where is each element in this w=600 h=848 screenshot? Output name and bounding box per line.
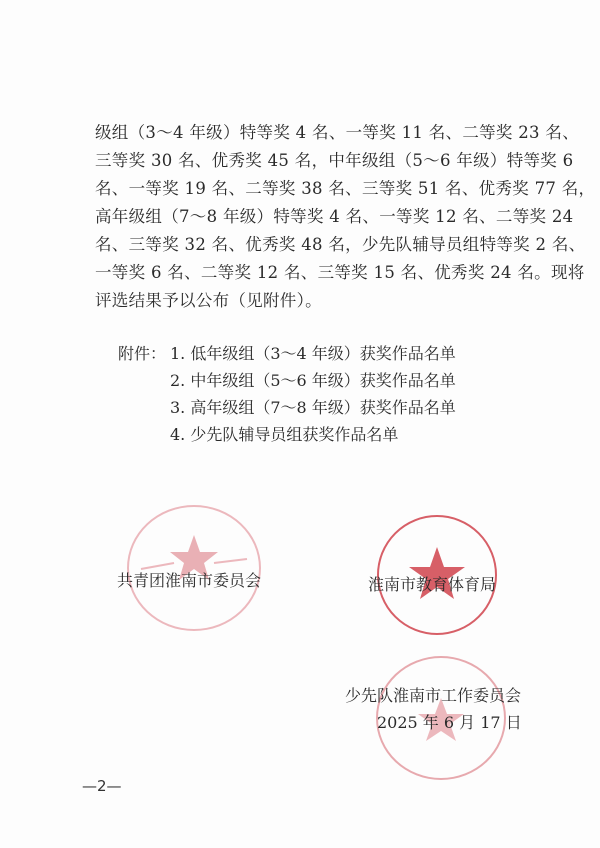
attachment-item: 2. 中年级组（5～6 年级）获奖作品名单: [118, 367, 456, 394]
body-line: 一等奖 6 名、二等奖 12 名、三等奖 15 名、优秀奖 24 名。现将: [95, 259, 535, 287]
signature-org-young-pioneers: 少先队淮南市工作委员会: [345, 683, 521, 706]
attachments-label: 附件：: [118, 340, 170, 367]
document-page: 级组（3～4 年级）特等奖 4 名、一等奖 11 名、二等奖 23 名、 三等奖…: [0, 0, 600, 848]
attachment-item: 附件：1. 低年级组（3～4 年级）获奖作品名单: [118, 340, 456, 367]
attachment-item: 3. 高年级组（7～8 年级）获奖作品名单: [118, 394, 456, 421]
issue-date: 2025 年 6 月 17 日: [377, 710, 522, 733]
body-line: 三等奖 30 名、优秀奖 45 名，中年级组（5～6 年级）特等奖 6: [95, 147, 535, 175]
body-line: 名、一等奖 19 名、二等奖 38 名、三等奖 51 名、优秀奖 77 名，: [95, 175, 535, 203]
signature-org-youth-league: 共青团淮南市委员会: [117, 568, 261, 591]
body-line: 级组（3～4 年级）特等奖 4 名、一等奖 11 名、二等奖 23 名、: [95, 119, 535, 147]
signature-org-education-bureau: 淮南市教育体育局: [368, 572, 496, 595]
page-number: —2—: [82, 777, 122, 795]
body-line: 高年级组（7～8 年级）特等奖 4 名、一等奖 12 名、二等奖 24: [95, 203, 535, 231]
body-line: 名、三等奖 32 名、优秀奖 48 名，少先队辅导员组特等奖 2 名、: [95, 231, 535, 259]
body-line: 评选结果予以公布（见附件）。: [95, 287, 535, 315]
attachment-item: 4. 少先队辅导员组获奖作品名单: [118, 421, 456, 448]
body-paragraph: 级组（3～4 年级）特等奖 4 名、一等奖 11 名、二等奖 23 名、 三等奖…: [95, 119, 535, 315]
attachments-list: 附件：1. 低年级组（3～4 年级）获奖作品名单 2. 中年级组（5～6 年级）…: [118, 340, 456, 448]
